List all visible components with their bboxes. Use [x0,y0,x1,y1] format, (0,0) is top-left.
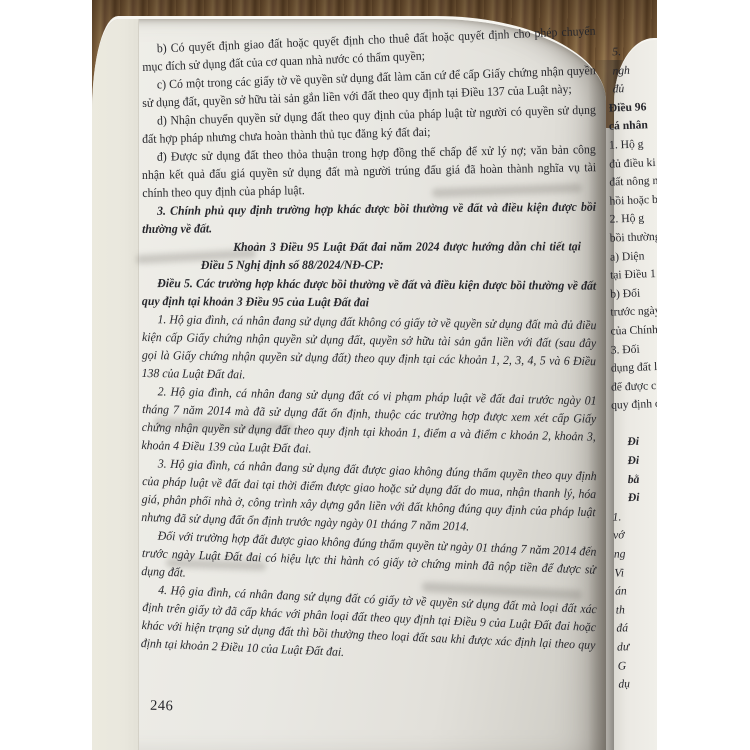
right-page-line-fragment: Đi [627,432,657,452]
page-number: 246 [150,698,174,715]
page-stack-fore-edge [92,19,139,750]
right-page-line-fragment: Đi [627,451,657,471]
right-page-line-fragment: dụng đất l [611,358,657,379]
right-page-line-fragment: trước ngày [610,302,657,323]
law-text-paragraph: Điều 5. Các trường hợp khác được bồi thư… [142,274,596,313]
right-page-line-fragment: của Chính [610,321,657,342]
right-page-line-fragment: để được c [611,376,657,397]
law-text-paragraph: đ) Được sử dụng đất theo thỏa thuận tron… [142,140,597,202]
right-page-line-fragment: G [617,655,657,676]
law-text-paragraph: 1. Hộ gia đình, cá nhân đang sử dụng đất… [142,310,597,388]
right-page-line-fragment: ng [614,544,657,565]
right-page-line-fragment: th [615,599,657,620]
left-page-text: b) Có quyết định giao đất hoặc quyết địn… [142,40,596,652]
right-page-line-fragment: 1. Hộ g [609,135,657,155]
right-page-line-fragment: dụ [618,674,657,695]
right-page-line-fragment: Điều 96 [608,98,657,118]
law-text-paragraph: 3. Chính phủ quy định trường hợp khác đư… [142,198,596,238]
right-page-line-fragment: đá [616,618,657,639]
right-page-line-fragment: 1. [612,506,657,527]
right-page-line-fragment: Vi [614,562,657,583]
right-page-line-fragment: b) Đối [610,283,657,304]
right-page-line-fragment: 5. [612,42,657,62]
right-page-line-fragment: đất nông n [609,172,657,192]
right-page-line-fragment: 3. Đối [610,339,657,360]
right-page-line-fragment: tại Điều 1 [610,265,657,286]
right-page-line-fragment: dư [617,637,657,658]
law-text-paragraph: Khoản 3 Điều 95 Luật Đất đai năm 2024 đư… [201,237,581,274]
photo-area: b) Có quyết định giao đất hoặc quyết địn… [92,0,657,750]
right-page-line-fragment: đủ điều ki [609,153,657,173]
right-page-line-fragment: ngh [612,60,657,80]
right-page-line-fragment: án [615,581,657,602]
right-page-line-fragment: vớ [613,525,657,546]
right-page-line-fragment: bằ [627,469,657,489]
right-page-line-fragment: cá nhân [609,116,657,136]
right-page-line-fragment: hồi hoặc b [609,191,657,211]
law-text-paragraph: 2. Hộ gia đình, cá nhân đang sử dụng đất… [141,382,596,464]
law-text-paragraph: 3. Hộ gia đình, cá nhân đang sử dụng đất… [141,454,597,539]
right-page-line-fragment: a) Diện [610,246,657,266]
right-page-line-fragment: đủ [612,79,657,99]
right-page-line-fragment: bồi thường [609,228,657,248]
right-page-line-fragment: Đi [628,488,657,508]
right-page-line-fragment: 2. Hộ g [609,209,657,229]
right-page-line-fragment: quy định c [611,395,657,416]
book-product-photo: b) Có quyết định giao đất hoặc quyết địn… [0,0,750,750]
